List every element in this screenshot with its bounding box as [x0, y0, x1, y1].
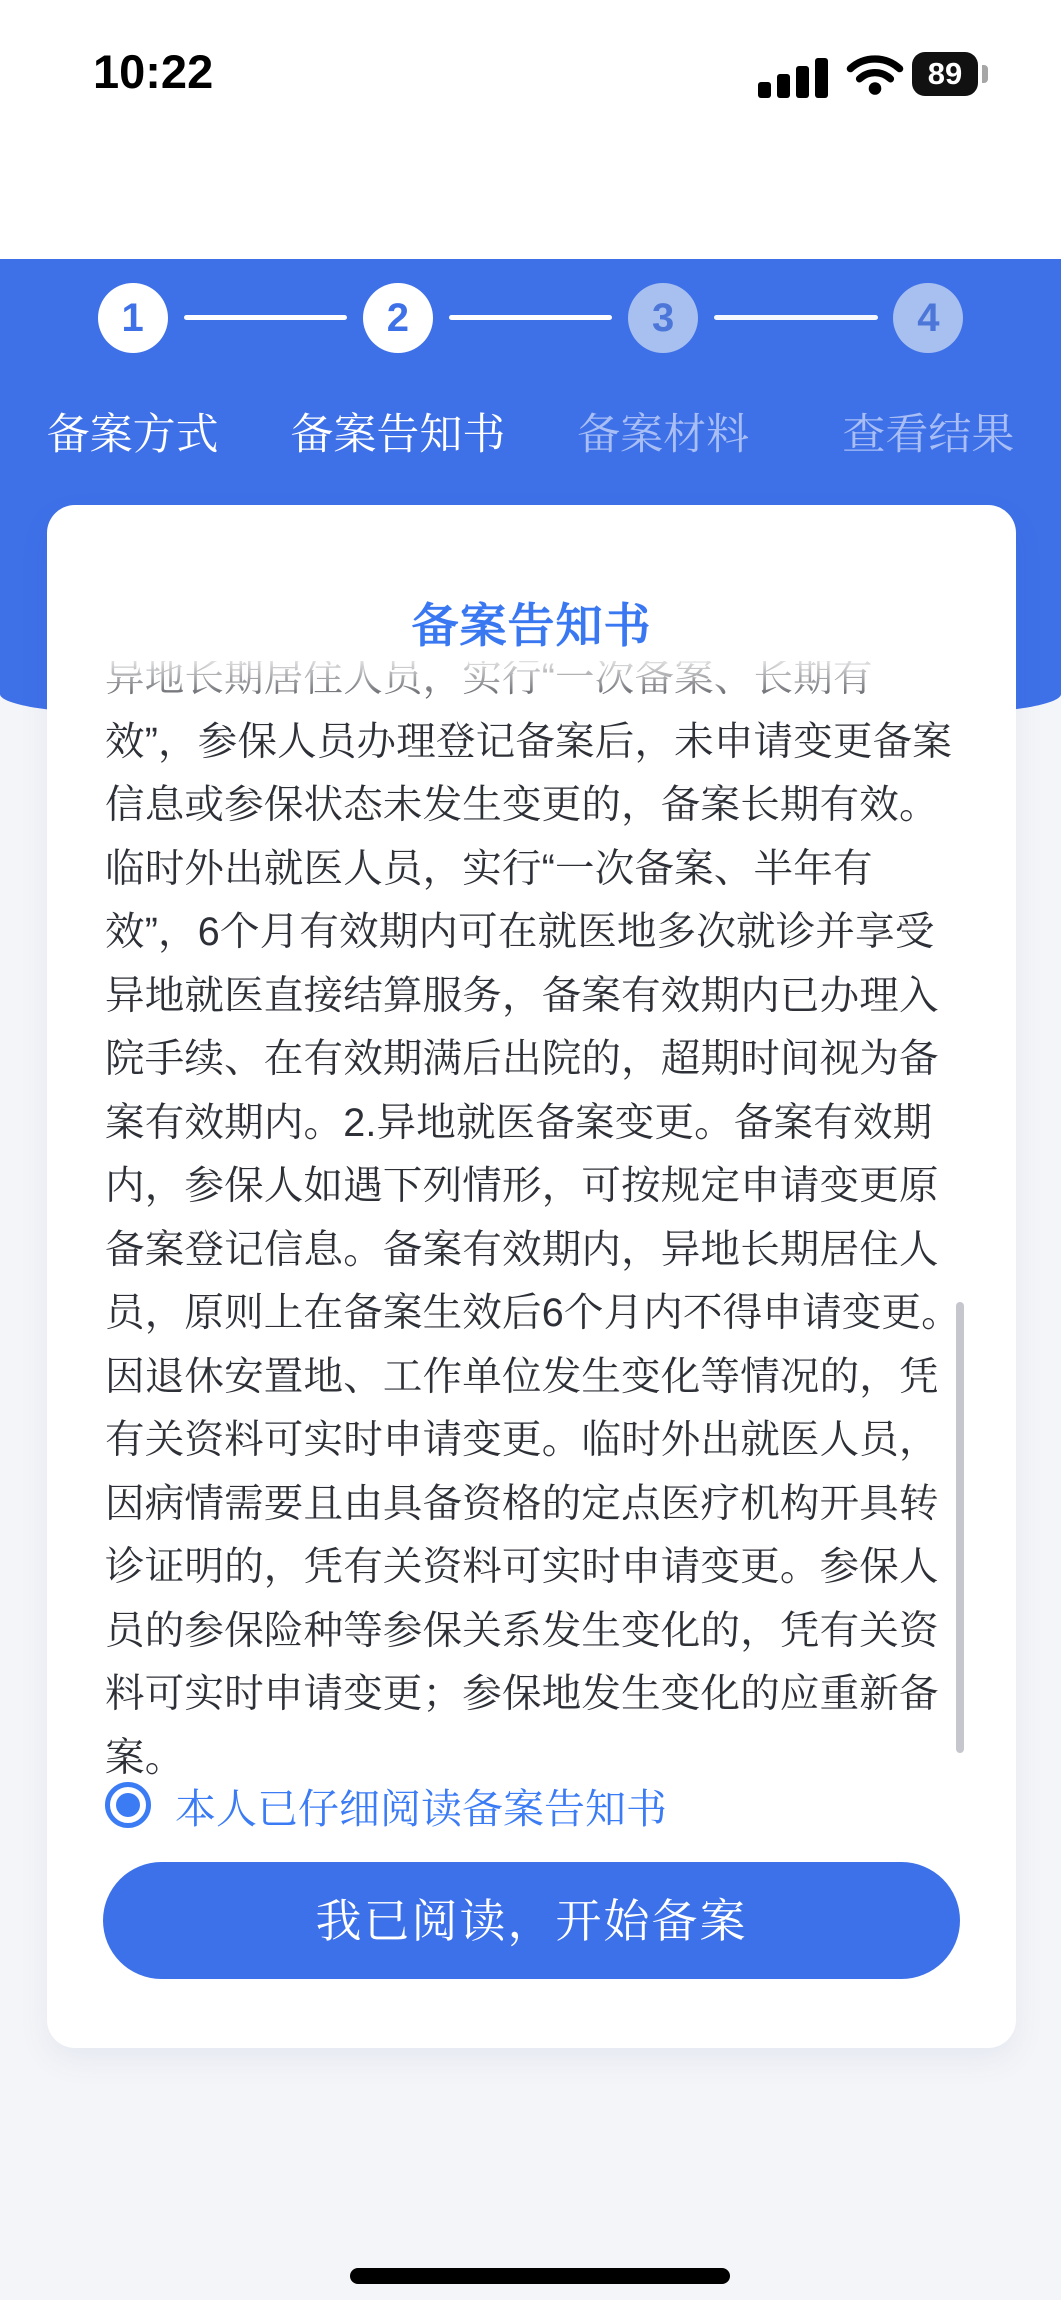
radio-checked-icon[interactable]	[105, 1782, 151, 1828]
notice-text: 异地长期居住人员，实行“一次备案、长期有 效”，参保人员办理登记备案后，未申请变…	[105, 661, 967, 1781]
status-bar: 10:22 89	[0, 0, 1061, 110]
step-circle-4: 4	[893, 283, 963, 353]
scrollbar-thumb[interactable]	[956, 1302, 964, 1753]
notice-title: 备案告知书	[47, 589, 1016, 656]
step-circle-2: 2	[363, 283, 433, 353]
step-label-4: 查看结果	[796, 401, 1061, 462]
notice-line: 院手续、在有效期满后出院的，超期时间视为备	[105, 1028, 967, 1092]
battery-icon: 89	[912, 52, 978, 96]
step-label-2: 备案告知书	[265, 401, 530, 462]
stepper-labels: 备案方式 备案告知书 备案材料 查看结果	[0, 401, 1061, 462]
nav-bar: 异地就医备案申请告知书	[0, 110, 1061, 259]
notice-line: 异地就医直接结算服务，备案有效期内已办理入	[105, 965, 967, 1029]
step-label-1: 备案方式	[0, 401, 265, 462]
step-label-3: 备案材料	[531, 401, 796, 462]
notice-line: 料可实时申请变更；参保地发生变化的应重新备	[105, 1663, 967, 1727]
status-time: 10:22	[93, 44, 213, 99]
notice-line: 备案登记信息。备案有效期内，异地长期居住人	[105, 1219, 967, 1283]
notice-line: 有关资料可实时申请变更。临时外出就医人员，	[105, 1409, 967, 1473]
battery-nub	[982, 65, 988, 83]
notice-line: 异地长期居住人员，实行“一次备案、长期有	[105, 661, 967, 711]
notice-line: 效”，参保人员办理登记备案后，未申请变更备案	[105, 711, 967, 775]
agree-radio-row[interactable]: 本人已仔细阅读备案告知书	[105, 1777, 667, 1833]
step-circle-3: 3	[628, 283, 698, 353]
notice-line: 员的参保险种等参保关系发生变化的，凭有关资	[105, 1600, 967, 1664]
start-filing-button[interactable]: 我已阅读，开始备案	[103, 1862, 960, 1979]
notice-line: 案。	[105, 1727, 967, 1782]
notice-line: 因病情需要且由具备资格的定点医疗机构开具转	[105, 1473, 967, 1537]
notice-line: 效”，6个月有效期内可在就医地多次就诊并享受	[105, 901, 967, 965]
notice-line: 内，参保人如遇下列情形，可按规定申请变更原	[105, 1155, 967, 1219]
notice-text-scroll-area[interactable]: 异地长期居住人员，实行“一次备案、长期有 效”，参保人员办理登记备案后，未申请变…	[105, 661, 967, 1781]
notice-line: 临时外出就医人员，实行“一次备案、半年有	[105, 838, 967, 902]
notice-line: 因退休安置地、工作单位发生变化等情况的，凭	[105, 1346, 967, 1410]
agree-label[interactable]: 本人已仔细阅读备案告知书	[175, 1776, 667, 1835]
step-connector	[714, 315, 878, 320]
notice-card: 备案告知书 异地长期居住人员，实行“一次备案、长期有 效”，参保人员办理登记备案…	[47, 505, 1016, 2048]
step-connector	[449, 315, 612, 320]
home-indicator	[350, 2268, 730, 2284]
step-connector	[184, 315, 347, 320]
step-circle-1: 1	[98, 283, 168, 353]
top-bar: 10:22 89 异地就医备案申请告知书	[0, 0, 1061, 259]
notice-line: 员，原则上在备案生效后6个月内不得申请变更。	[105, 1282, 967, 1346]
notice-line: 诊证明的，凭有关资料可实时申请变更。参保人	[105, 1536, 967, 1600]
notice-line: 案有效期内。2.异地就医备案变更。备案有效期	[105, 1092, 967, 1156]
notice-line: 信息或参保状态未发生变更的，备案长期有效。	[105, 774, 967, 838]
wifi-icon	[846, 52, 904, 101]
cellular-signal-icon	[758, 52, 834, 98]
